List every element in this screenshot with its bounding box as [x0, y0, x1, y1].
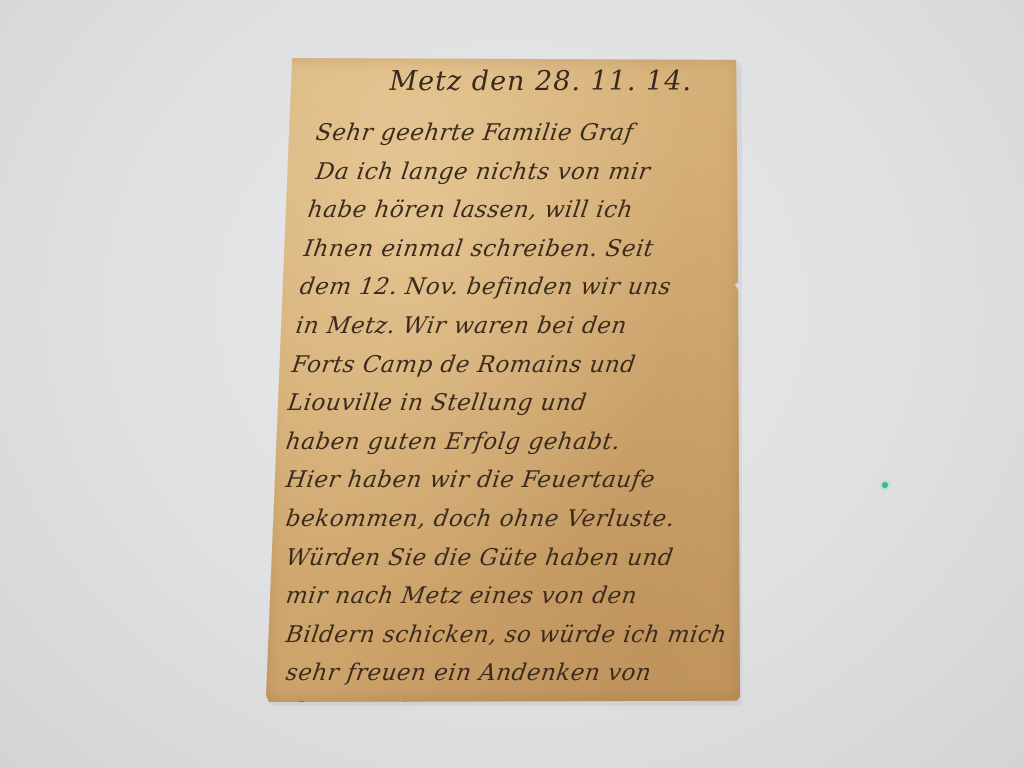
letter-line: mir nach Metz eines von den [283, 577, 730, 616]
letter-line: dem 12. Nov. befinden wir uns [283, 268, 730, 307]
letter-line: sehr freuen ein Andenken von [283, 654, 730, 693]
letter-body: Sehr geehrte Familie Graf Da ich lange n… [286, 114, 728, 768]
letter-line: in Metz. Wir waren bei den [283, 307, 730, 346]
handwritten-letter: Metz den 28. 11. 14. Sehr geehrte Famili… [266, 56, 740, 702]
letter-line: Würden Sie die Güte haben und [283, 539, 730, 578]
letter-line: bekommen, doch ohne Verluste. [283, 500, 730, 539]
letter-line: Hier haben wir die Feuertaufe [283, 461, 730, 500]
letter-line: Da ich lange nichts von mir [283, 153, 730, 192]
letter-signature-line: Grüßen Ihr Fritz Schenk [283, 732, 730, 768]
letter-line: Liouville in Stellung und [283, 384, 730, 423]
green-light-dot [882, 482, 888, 488]
letter-dateline: Metz den 28. 11. 14. [390, 66, 693, 97]
letter-line: Bildern schicken, so würde ich mich [283, 616, 730, 655]
postcard: Metz den 28. 11. 14. Sehr geehrte Famili… [266, 56, 740, 702]
letter-line: haben guten Erfolg gehabt. [283, 423, 730, 462]
letter-line: Ihnen zu besitzen. Mit freundlichen [283, 693, 730, 732]
letter-line: Ihnen einmal schreiben. Seit [283, 230, 730, 269]
letter-line: Forts Camp de Romains und [283, 346, 730, 385]
letter-line: habe hören lassen, will ich [283, 191, 730, 230]
letter-line: Sehr geehrte Familie Graf [283, 114, 730, 153]
